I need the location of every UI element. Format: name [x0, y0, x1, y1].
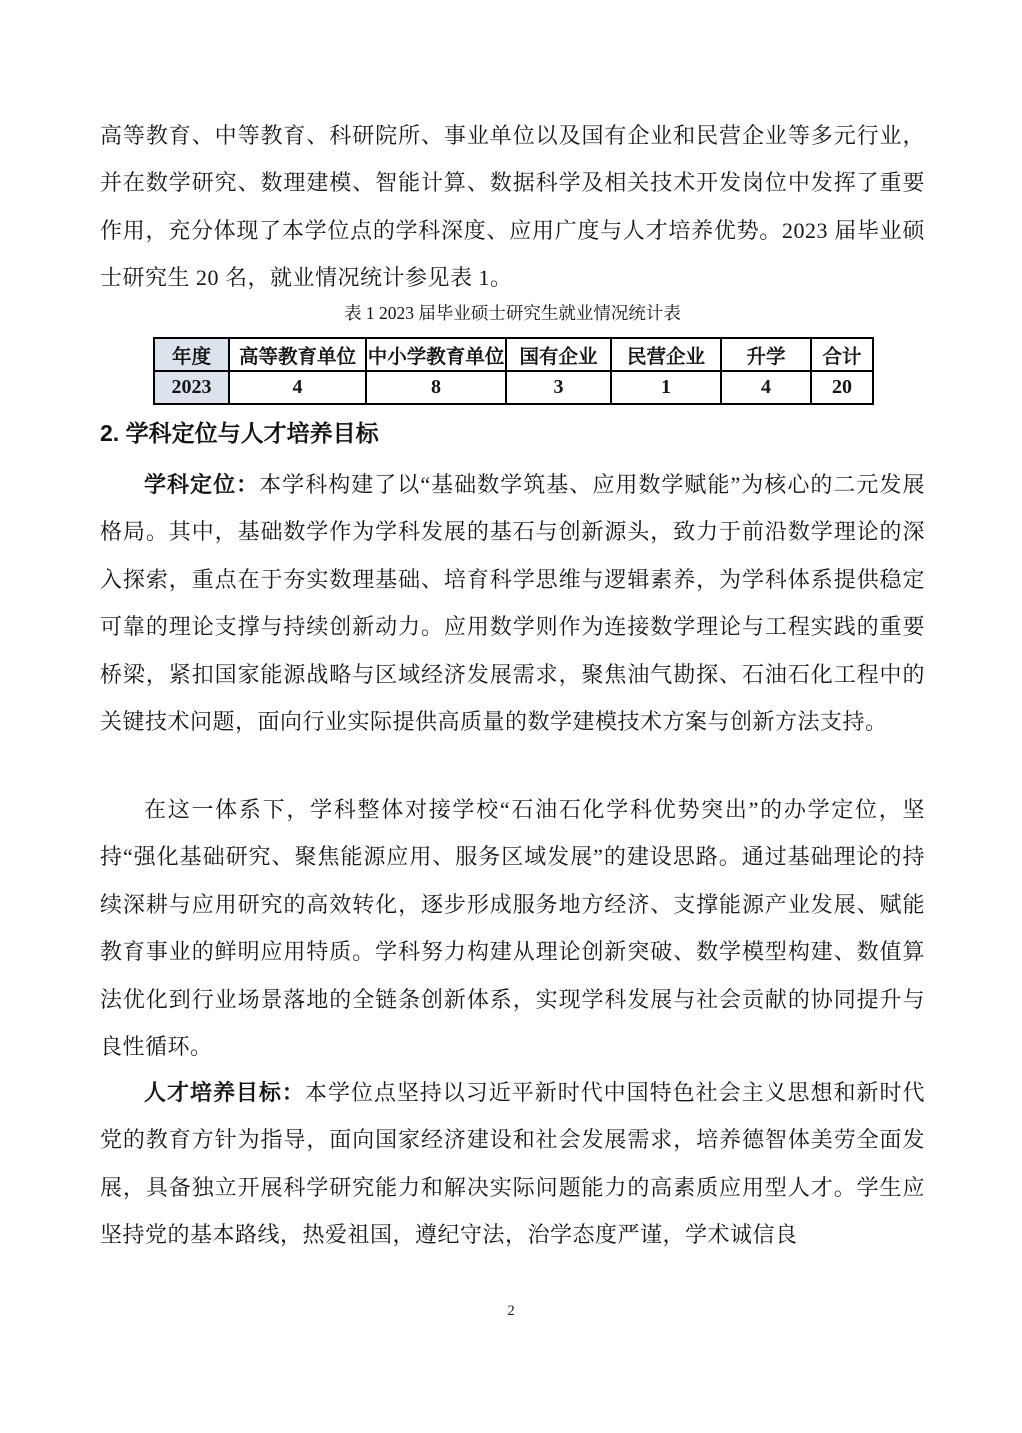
- paragraph-talent-goal: 人才培养目标：本学位点坚持以习近平新时代中国特色社会主义思想和新时代党的教育方针…: [100, 1069, 925, 1259]
- header-cell-total: 合计: [811, 338, 873, 371]
- table-caption: 表 1 2023 届毕业硕士研究生就业情况统计表: [100, 301, 925, 325]
- cell-private-enterprise: 1: [611, 371, 721, 404]
- cell-state-enterprise: 3: [506, 371, 611, 404]
- header-cell-year: 年度: [154, 338, 229, 371]
- paragraph-discipline-lead: 学科定位：: [144, 472, 259, 497]
- paragraph-discipline-positioning: 学科定位：本学科构建了以“基础数学筑基、应用数学赋能”为核心的二元发展格局。其中…: [100, 461, 925, 745]
- cell-further-study: 4: [721, 371, 811, 404]
- header-cell-higher-education: 高等教育单位: [229, 338, 366, 371]
- table-data-row: 2023 4 8 3 1 4 20: [154, 371, 873, 404]
- cell-total: 20: [811, 371, 873, 404]
- header-cell-state-enterprise: 国有企业: [506, 338, 611, 371]
- header-cell-further-study: 升学: [721, 338, 811, 371]
- paragraph-discipline-body: 本学科构建了以“基础数学筑基、应用数学赋能”为核心的二元发展格局。其中，基础数学…: [100, 472, 925, 734]
- cell-higher-education: 4: [229, 371, 366, 404]
- paragraph-talent-lead: 人才培养目标：: [144, 1080, 305, 1105]
- document-page: 高等教育、中等教育、科研院所、事业单位以及国有企业和民营企业等多元行业，并在数学…: [0, 0, 1022, 1433]
- cell-school-education: 8: [366, 371, 506, 404]
- table-header-row: 年度 高等教育单位 中小学教育单位 国有企业 民营企业 升学 合计: [154, 338, 873, 371]
- cell-year: 2023: [154, 371, 229, 404]
- paragraph-talent-body: 本学位点坚持以习近平新时代中国特色社会主义思想和新时代党的教育方针为指导，面向国…: [100, 1080, 925, 1247]
- header-cell-school-education: 中小学教育单位: [366, 338, 506, 371]
- intro-paragraph: 高等教育、中等教育、科研院所、事业单位以及国有企业和民营企业等多元行业，并在数学…: [100, 112, 925, 302]
- section-heading: 2. 学科定位与人才培养目标: [100, 417, 925, 449]
- employment-table: 年度 高等教育单位 中小学教育单位 国有企业 民营企业 升学 合计 2023 4…: [153, 337, 874, 405]
- header-cell-private-enterprise: 民营企业: [611, 338, 721, 371]
- page-number: 2: [0, 1303, 1022, 1320]
- paragraph-system-alignment: 在这一体系下，学科整体对接学校“石油石化学科优势突出”的办学定位，坚持“强化基础…: [100, 786, 925, 1070]
